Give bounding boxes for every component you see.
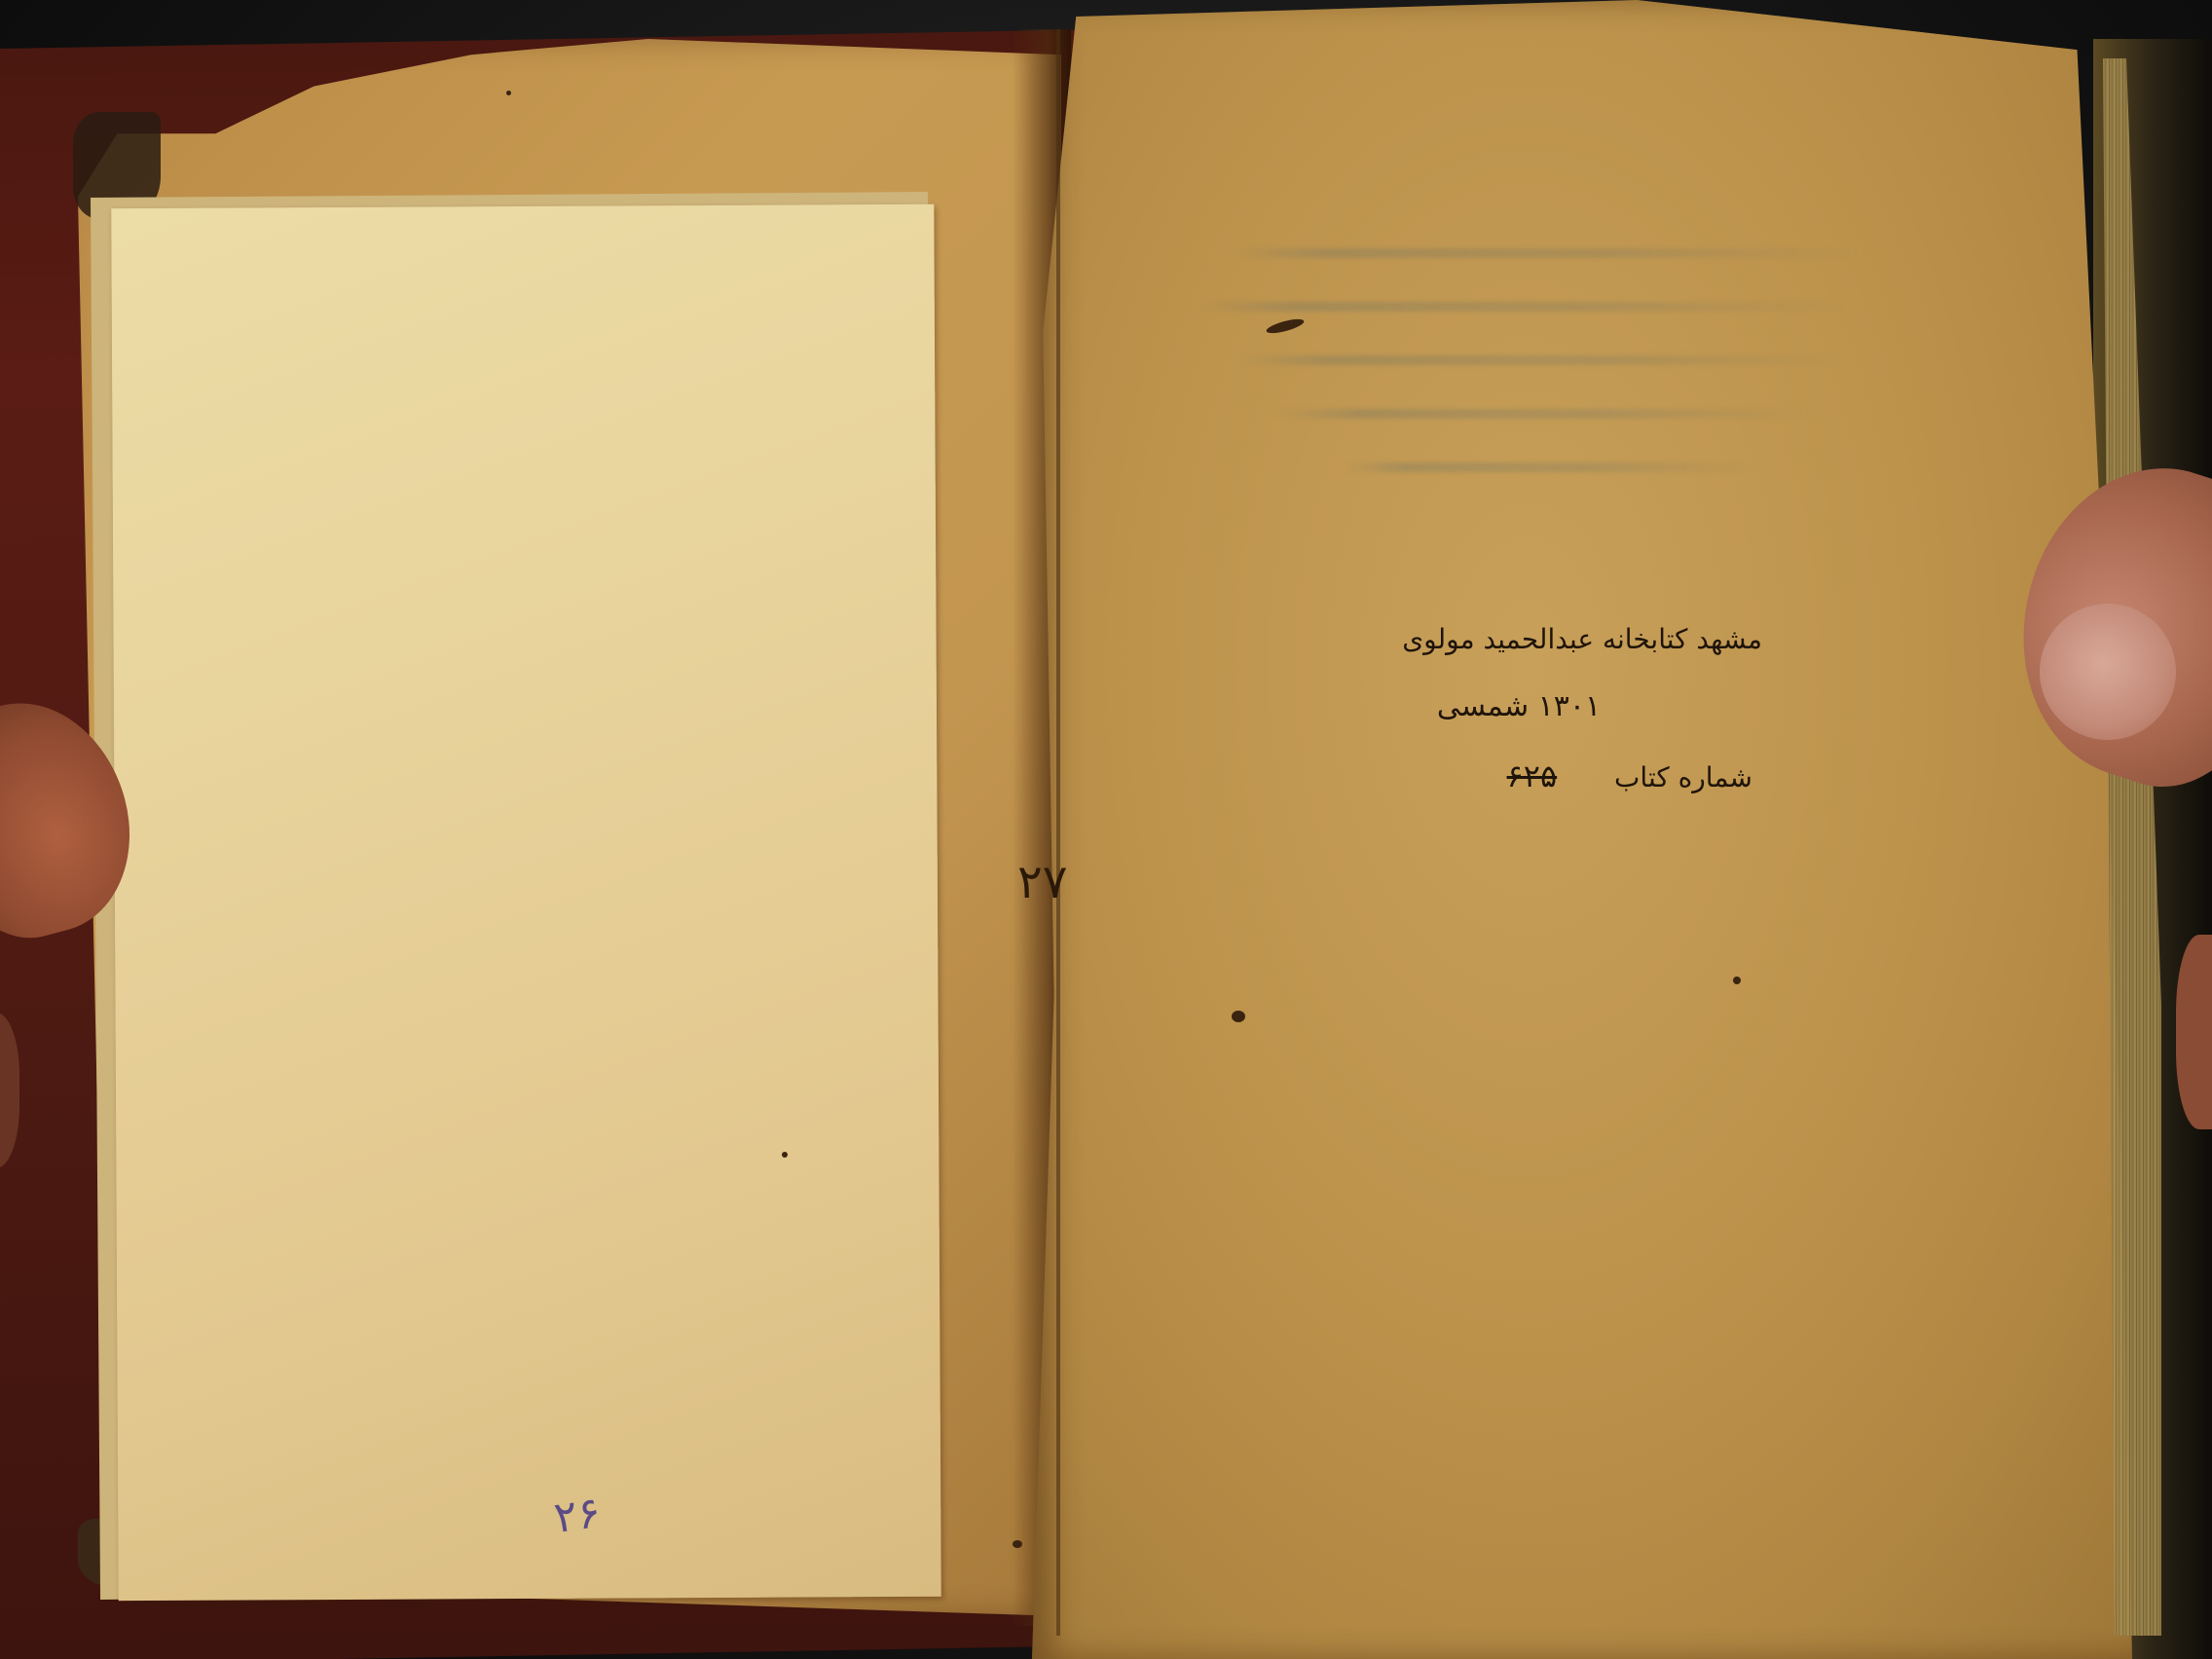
- right-hand-finger-lower: [2176, 935, 2212, 1129]
- speck: [506, 91, 511, 95]
- speck: [1232, 1011, 1245, 1022]
- folio-number: ۲۷: [1017, 855, 1068, 909]
- stamp-year-line: ۱۳۰۱ شمسی: [1324, 689, 1772, 724]
- speck: [1013, 1540, 1022, 1548]
- stamp-library-line: مشهد کتابخانه عبدالحمید مولوی: [1324, 623, 1772, 656]
- book-number-label: شماره کتاب: [1614, 761, 1752, 794]
- gutter-line: [1056, 29, 1060, 1636]
- speck: [1733, 977, 1741, 984]
- book-photo-scene: ۲۶ مشهد کتابخانه عبدالحمید مولوی ۱۳۰۱ شم…: [0, 0, 2212, 1659]
- slip-pencil-mark: ۲۶: [551, 1486, 617, 1552]
- ownership-stamp: مشهد کتابخانه عبدالحمید مولوی ۱۳۰۱ شمسی …: [1324, 623, 1772, 794]
- folio-number-ink: ۲۷: [1017, 855, 1068, 909]
- book-number-value: ۶۲۵: [1503, 757, 1585, 794]
- inserted-paper-slip: [111, 204, 940, 1601]
- stamp-book-number-line: شماره کتاب ۶۲۵: [1324, 757, 1772, 794]
- bleed-through-text: [1198, 248, 1860, 579]
- speck: [782, 1152, 788, 1158]
